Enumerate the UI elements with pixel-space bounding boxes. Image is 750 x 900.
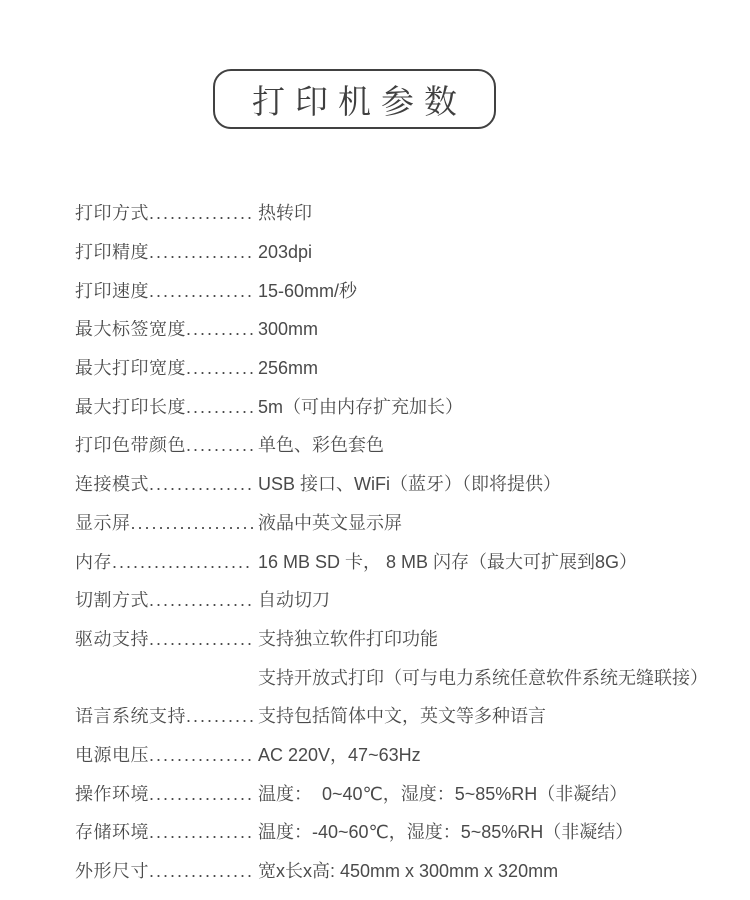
spec-label: 操作环境 [75, 785, 149, 803]
spec-row: 显示屏.....................................… [75, 504, 723, 543]
spec-row: 外形尺寸....................................… [75, 852, 723, 891]
spec-row: 打印精度....................................… [75, 233, 723, 272]
spec-label: 显示屏 [75, 514, 131, 532]
dot-leader: ........................................… [131, 514, 254, 532]
spec-value: 支持开放式打印（可与电力系统任意软件系统无缝联接） [253, 669, 708, 687]
spec-value: 15-60mm/秒 [253, 282, 357, 300]
spec-label: 最大标签宽度 [75, 320, 186, 338]
spec-row: 最大打印长度..................................… [75, 387, 723, 426]
spec-row: 支持开放式打印（可与电力系统任意软件系统无缝联接） [75, 658, 723, 697]
dot-leader: ........................................… [186, 320, 253, 338]
spec-label: 切割方式 [75, 591, 149, 609]
spec-value: 256mm [253, 359, 318, 377]
spec-value: 单色、彩色套色 [253, 436, 384, 454]
spec-label: 存储环境 [75, 823, 149, 841]
spec-label-cell: 打印色带颜色..................................… [75, 436, 253, 454]
spec-row: 最大打印宽度..................................… [75, 349, 723, 388]
spec-label-cell: 连接模式....................................… [75, 475, 253, 493]
dot-leader: ........................................… [149, 823, 253, 841]
spec-label: 电源电压 [75, 746, 149, 764]
spec-label-cell: 最大打印长度..................................… [75, 398, 253, 416]
spec-value: 液晶中英文显示屏 [253, 514, 402, 532]
dot-leader: ........................................… [149, 746, 253, 764]
spec-row: 连接模式....................................… [75, 465, 723, 504]
spec-value: 300mm [253, 320, 318, 338]
spec-list: 打印方式....................................… [75, 194, 723, 890]
spec-value: 温度：-40~60℃，湿度：5~85%RH（非凝结） [253, 823, 633, 841]
spec-label-cell: 语言系统支持..................................… [75, 707, 253, 725]
spec-value: 5m（可由内存扩充加长） [253, 398, 463, 416]
spec-label: 打印精度 [75, 243, 149, 261]
spec-label-cell: 显示屏.....................................… [75, 514, 253, 532]
spec-label: 最大打印长度 [75, 398, 186, 416]
spec-label-cell: 外形尺寸....................................… [75, 862, 253, 880]
page-title: 打印机参数 [252, 76, 467, 123]
spec-label-cell: 最大打印宽度..................................… [75, 359, 253, 377]
spec-row: 切割方式....................................… [75, 581, 723, 620]
spec-row: 打印速度....................................… [75, 271, 723, 310]
spec-value: AC 220V，47~63Hz [253, 746, 421, 764]
spec-label: 语言系统支持 [75, 707, 186, 725]
spec-row: 最大标签宽度..................................… [75, 310, 723, 349]
dot-leader: ........................................… [149, 204, 253, 222]
spec-value: 自动切刀 [253, 591, 330, 609]
spec-label-cell: 打印方式....................................… [75, 204, 253, 222]
dot-leader: ........................................… [149, 862, 253, 880]
dot-leader: ........................................… [149, 282, 253, 300]
dot-leader: ........................................… [186, 436, 253, 454]
spec-row: 存储环境....................................… [75, 813, 723, 852]
spec-label-cell: 打印速度....................................… [75, 282, 253, 300]
dot-leader: ........................................… [186, 398, 253, 416]
spec-label: 打印色带颜色 [75, 436, 186, 454]
spec-value: 203dpi [253, 243, 312, 261]
spec-row: 打印色带颜色..................................… [75, 426, 723, 465]
spec-value: 宽x长x高: 450mm x 300mm x 320mm [253, 862, 558, 880]
spec-value: 支持独立软件打印功能 [253, 630, 438, 648]
spec-value: USB 接口、WiFi（蓝牙）（即将提供） [253, 475, 561, 493]
spec-value: 热转印 [253, 204, 312, 222]
spec-row: 电源电压....................................… [75, 736, 723, 775]
spec-label-cell: 内存......................................… [75, 553, 253, 571]
spec-label: 打印方式 [75, 204, 149, 222]
spec-label-cell: 电源电压....................................… [75, 746, 253, 764]
spec-value: 16 MB SD 卡， 8 MB 闪存（最大可扩展到8G） [253, 553, 637, 571]
spec-label-cell: 打印精度....................................… [75, 243, 253, 261]
spec-label: 外形尺寸 [75, 862, 149, 880]
dot-leader: ........................................… [186, 359, 253, 377]
spec-row: 打印方式....................................… [75, 194, 723, 233]
spec-row: 语言系统支持..................................… [75, 697, 723, 736]
spec-label-cell: 操作环境....................................… [75, 785, 253, 803]
spec-label-cell: 存储环境....................................… [75, 823, 253, 841]
spec-label-cell: 驱动支持....................................… [75, 630, 253, 648]
spec-label-cell: 最大标签宽度..................................… [75, 320, 253, 338]
spec-label-cell: 切割方式....................................… [75, 591, 253, 609]
spec-row: 操作环境....................................… [75, 774, 723, 813]
spec-label: 最大打印宽度 [75, 359, 186, 377]
dot-leader: ........................................… [149, 785, 253, 803]
spec-label: 内存 [75, 553, 112, 571]
spec-value: 支持包括简体中文，英文等多种语言 [253, 707, 546, 725]
dot-leader: ........................................… [112, 553, 253, 571]
dot-leader: ........................................… [186, 707, 253, 725]
dot-leader: ........................................… [149, 475, 253, 493]
dot-leader: ........................................… [149, 243, 253, 261]
spec-label: 驱动支持 [75, 630, 149, 648]
dot-leader: ........................................… [149, 630, 253, 648]
dot-leader: ........................................… [149, 591, 253, 609]
spec-row: 驱动支持....................................… [75, 620, 723, 659]
spec-row: 内存......................................… [75, 542, 723, 581]
spec-label: 连接模式 [75, 475, 149, 493]
spec-value: 温度： 0~40℃，湿度：5~85%RH（非凝结） [253, 785, 627, 803]
title-box: 打印机参数 [213, 69, 496, 129]
spec-label: 打印速度 [75, 282, 149, 300]
